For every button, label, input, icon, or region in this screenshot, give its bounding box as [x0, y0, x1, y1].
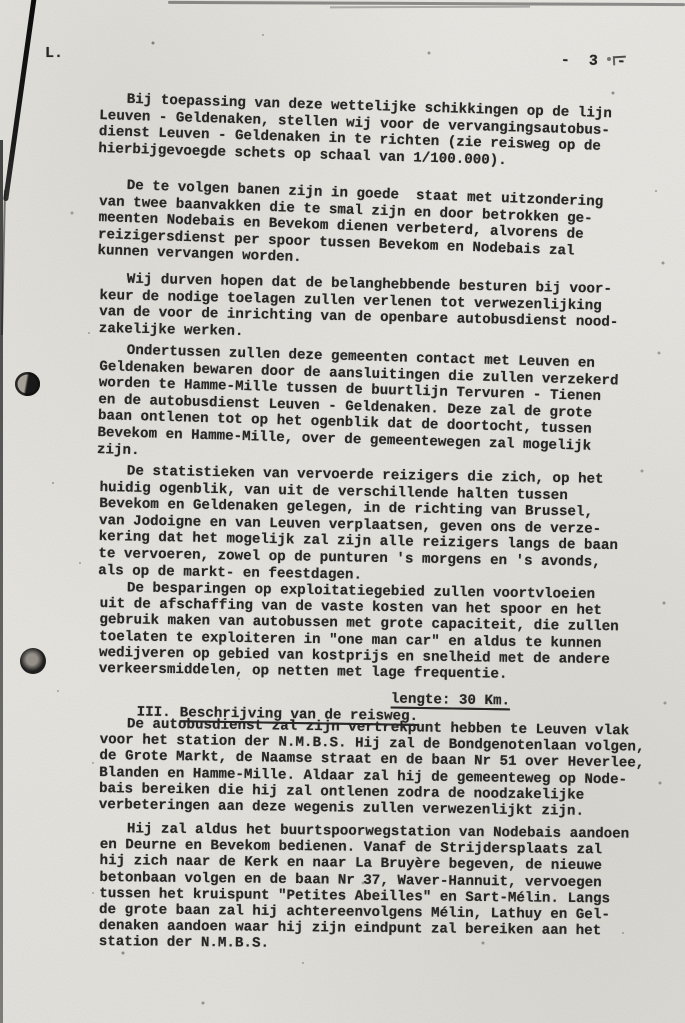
section-length-label: lengte: 30 Km. — [391, 692, 510, 710]
paragraph-7: De autobusdienst zal zijn vertrekpunt he… — [99, 716, 660, 821]
paragraph-5: De statistieken van vervoerde reizigers … — [98, 463, 660, 589]
punch-hole-bottom — [20, 648, 46, 674]
scanned-document-page: L. - 3 - Bij toepassing van deze wetteli… — [0, 0, 685, 1023]
paragraph-4: Ondertussen zullen deze gemeenten contac… — [97, 342, 660, 474]
punch-hole-top — [15, 372, 40, 396]
page-number: - 3 - — [561, 53, 631, 71]
paragraph-3: Wij durven hopen dat de belanghebbende b… — [99, 271, 660, 349]
paragraph-6: De besparingen op exploitatiegebied zull… — [99, 580, 660, 685]
paper-specks — [0, 0, 2, 2]
scan-top-edge-line — [168, 1, 685, 6]
scan-corner-crease — [3, 0, 37, 201]
scan-top-edge-shadow — [330, 6, 530, 8]
paragraph-8: Hij zal aldus het buurtspoorwegstation v… — [99, 821, 660, 956]
margin-note: L. — [45, 46, 63, 63]
paragraph-2: De te volgen banen zijn in goede staat m… — [97, 177, 660, 279]
paragraph-1: Bij toepassing van deze wettelijke schik… — [98, 91, 660, 174]
